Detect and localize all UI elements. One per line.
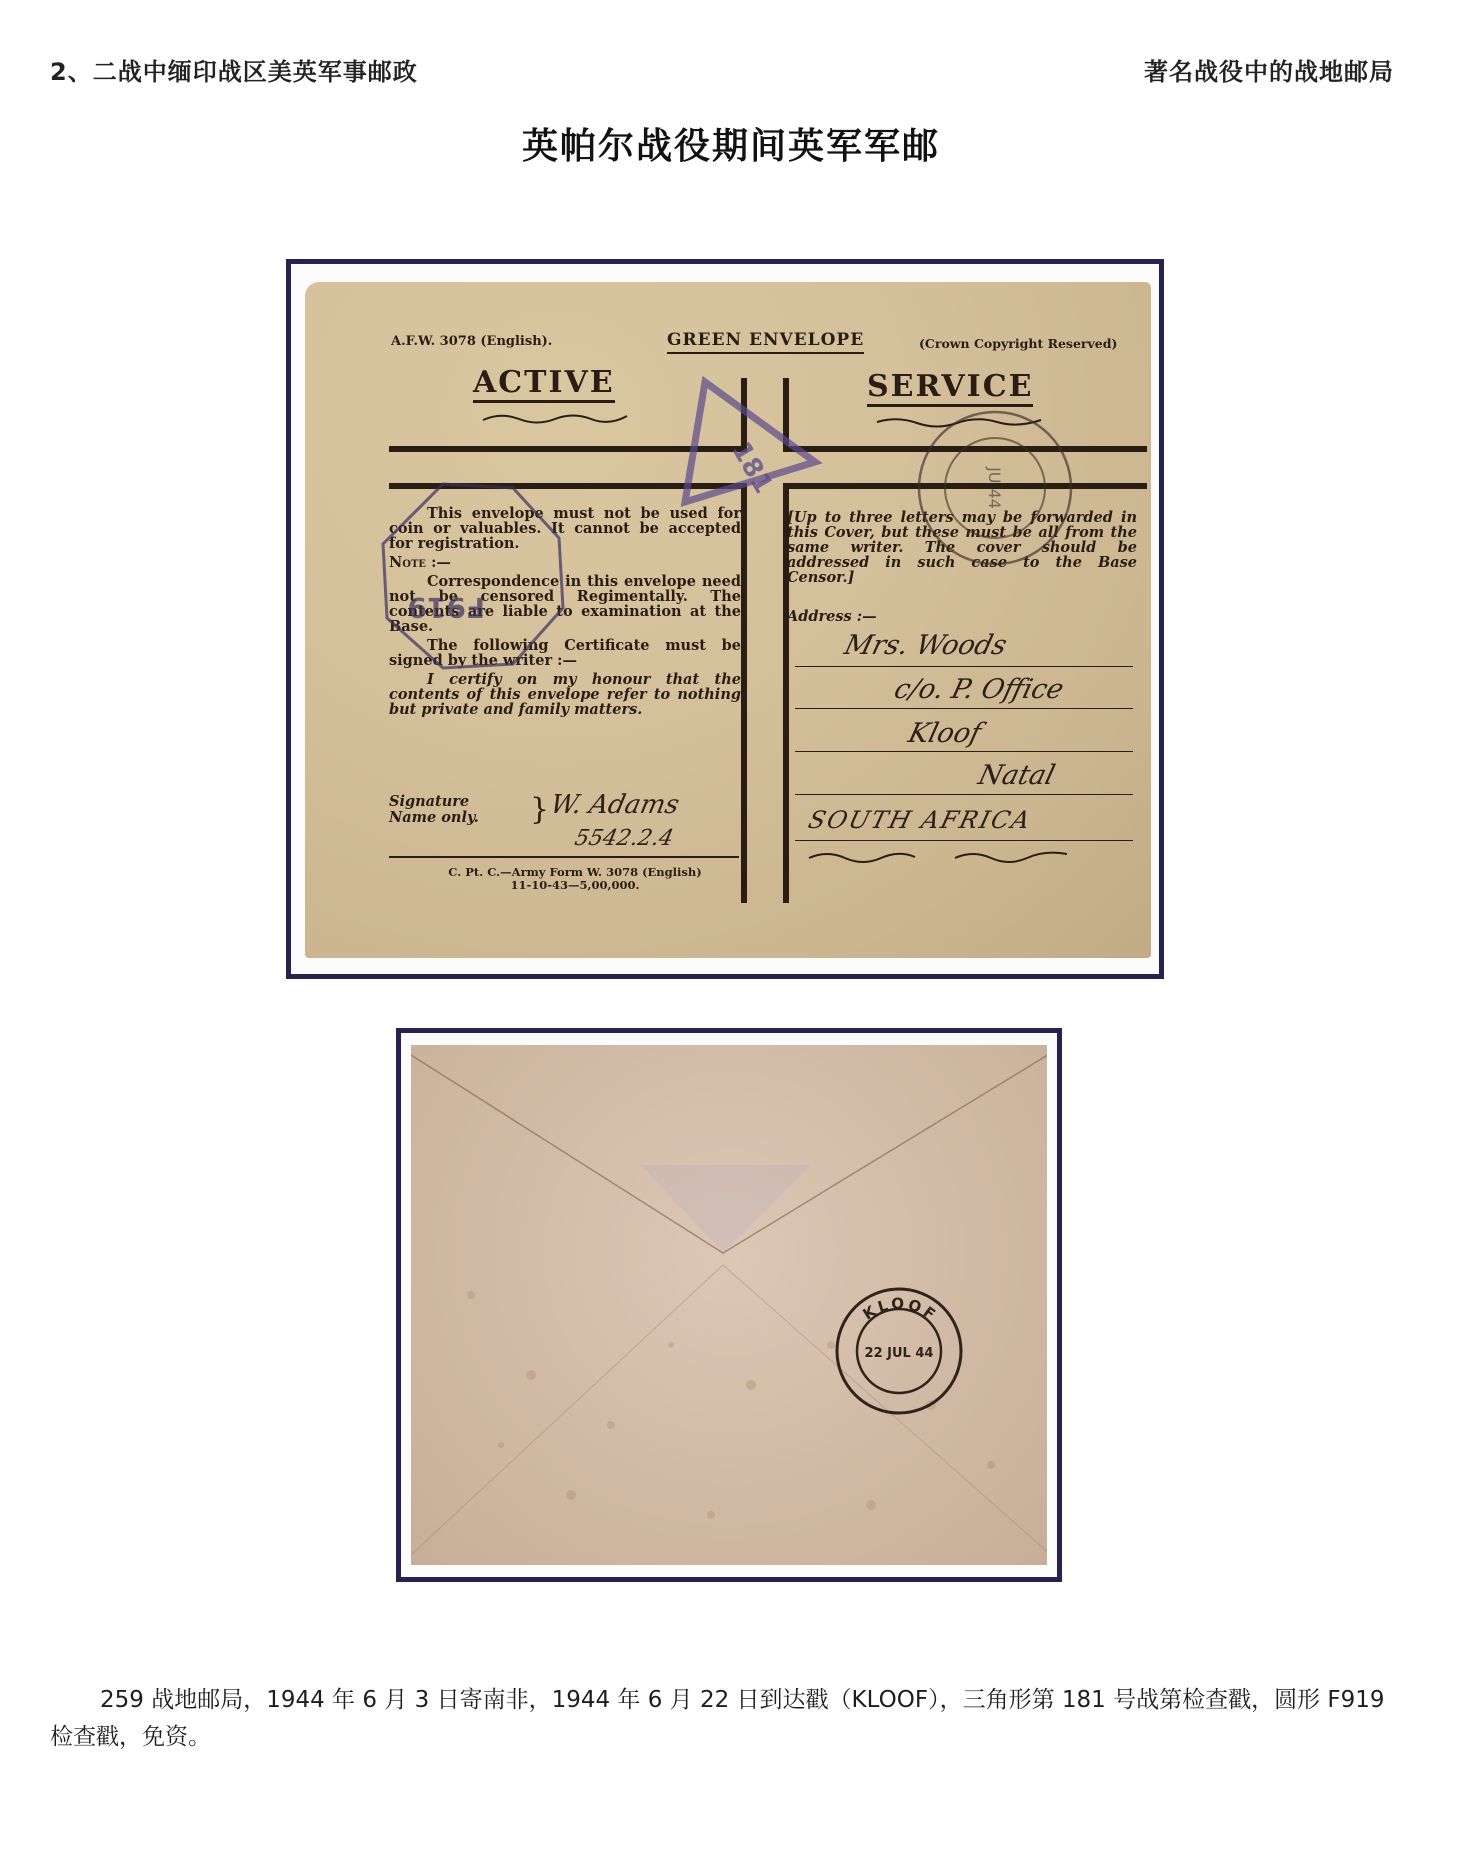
certificate-text: I certify on my honour that the contents… xyxy=(389,672,741,717)
crown-copyright: (Crown Copyright Reserved) xyxy=(919,336,1117,351)
address-rule xyxy=(795,708,1133,709)
address-line-town: Kloof xyxy=(905,718,984,749)
address-rule xyxy=(795,794,1133,795)
exhibit-caption: 259 战地邮局，1944 年 6 月 3 日寄南非，1944 年 6 月 22… xyxy=(50,1682,1410,1756)
svg-text:F919: F919 xyxy=(407,591,485,624)
album-theme-header: 著名战役中的战地邮局 xyxy=(1144,52,1394,87)
octagon-censor-stamp-icon: F919 xyxy=(373,478,573,678)
form-code: A.F.W. 3078 (English). xyxy=(391,334,552,349)
address-line-name: Mrs. Woods xyxy=(841,630,1010,661)
form-footer: C. Pt. C.—Army Form W. 3078 (English) 11… xyxy=(415,866,735,892)
name-only-label: Name only. xyxy=(389,810,479,826)
signature-rule xyxy=(389,856,739,858)
address-line-province: Natal xyxy=(975,760,1058,791)
kloof-arrival-postmark-icon: KLOOF 22 JUL 44 xyxy=(829,1281,969,1421)
signature-label: Signature Name only. xyxy=(389,794,479,826)
page-title: 英帕尔战役期间英军军邮 xyxy=(0,118,1462,169)
form-footer-line-2: 11-10-43—5,00,000. xyxy=(415,879,735,892)
triangle-censor-stamp-icon: 181 xyxy=(665,362,835,512)
address-label: Address :— xyxy=(787,608,877,625)
section-header: 2、二战中缅印战区美英军事邮政 xyxy=(50,52,418,87)
address-rule xyxy=(795,840,1133,841)
signature-label-line: Signature xyxy=(389,794,479,810)
green-envelope-label: GREEN ENVELOPE xyxy=(667,330,864,354)
address-rule xyxy=(795,751,1133,752)
back-cover-frame: KLOOF 22 JUL 44 xyxy=(396,1028,1062,1582)
svg-text:JU 44: JU 44 xyxy=(985,466,1004,509)
service-number-handwriting: 5542.2.4 xyxy=(572,826,675,851)
front-envelope: A.F.W. 3078 (English). GREEN ENVELOPE (C… xyxy=(305,282,1151,958)
address-line-country: SOUTH AFRICA xyxy=(806,806,1035,834)
wavy-underline-icon xyxy=(481,410,631,426)
rule-bar xyxy=(741,483,747,903)
brace-icon: } xyxy=(530,792,549,827)
active-heading: ACTIVE xyxy=(473,366,615,403)
svg-text:KLOOF: KLOOF xyxy=(860,1295,941,1326)
front-cover-frame: A.F.W. 3078 (English). GREEN ENVELOPE (C… xyxy=(286,259,1164,979)
back-envelope: KLOOF 22 JUL 44 xyxy=(411,1045,1047,1565)
postmark-circle-icon: JU 44 xyxy=(905,398,1085,578)
address-line-care-of: c/o. P. Office xyxy=(891,674,1067,705)
address-rule xyxy=(795,666,1133,667)
signature-handwriting: W. Adams xyxy=(548,790,682,820)
wavy-underline-icon xyxy=(805,848,1085,866)
svg-text:22 JUL 44: 22 JUL 44 xyxy=(865,1346,934,1361)
